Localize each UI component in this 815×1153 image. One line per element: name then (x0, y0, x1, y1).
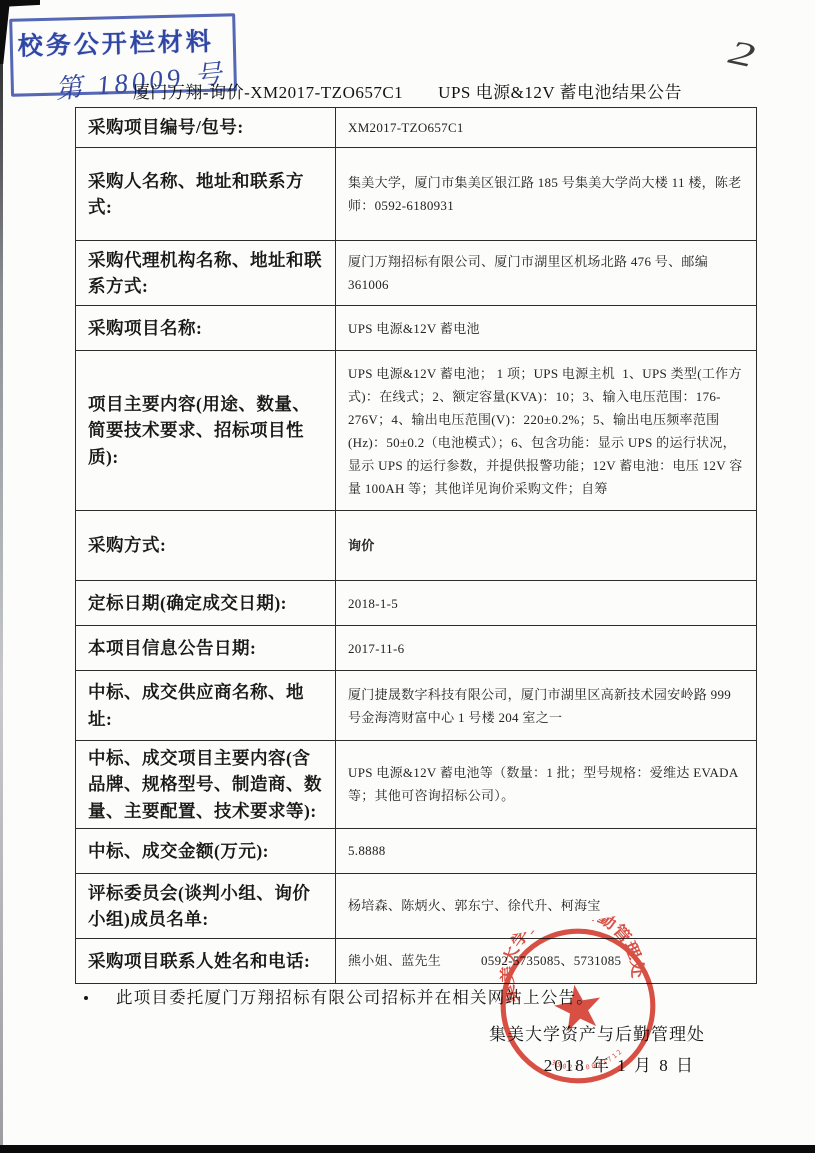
signature-office: 集美大学资产与后勤管理处 (455, 1020, 705, 1045)
row-value: 厦门万翔招标有限公司、厦门市湖里区机场北路 476 号、邮编 361006 (336, 241, 757, 306)
row-value: 集美大学，厦门市集美区银江路 185 号集美大学尚大楼 11 楼，陈老师：059… (336, 148, 757, 241)
row-label: 中标、成交供应商名称、地址: (76, 671, 336, 741)
row-label: 采购项目编号/包号: (76, 108, 336, 148)
row-label: 采购方式: (76, 511, 336, 581)
row-label: 采购项目联系人姓名和电话: (76, 938, 336, 983)
row-label: 中标、成交项目主要内容(含品牌、规格型号、制造商、数量、主要配置、技术要求等): (76, 741, 336, 829)
row-label: 采购人名称、地址和联系方式: (76, 148, 336, 241)
scan-corner-top-edge (0, 0, 40, 7)
handwritten-page-number: 2 (725, 34, 758, 76)
scan-corner-top-left (0, 0, 10, 64)
row-label: 中标、成交金额(万元): (76, 828, 336, 873)
table-row: 定标日期(确定成交日期):2018-1-5 (76, 581, 757, 626)
procurement-table: 采购项目编号/包号:XM2017-TZO657C1采购人名称、地址和联系方式:集… (75, 107, 757, 984)
table-row: 项目主要内容(用途、数量、简要技术要求、招标项目性质):UPS 电源&12V 蓄… (76, 351, 757, 511)
signature-date: 2018 年 1 月 8 日 (455, 1051, 695, 1076)
procurement-table-body: 采购项目编号/包号:XM2017-TZO657C1采购人名称、地址和联系方式:集… (76, 108, 757, 984)
table-row: 采购代理机构名称、地址和联系方式:厦门万翔招标有限公司、厦门市湖里区机场北路 4… (76, 241, 757, 306)
bullet-dot (84, 996, 88, 1000)
table-row: 中标、成交供应商名称、地址:厦门捷晟数字科技有限公司，厦门市湖里区高新技术园安岭… (76, 671, 757, 741)
table-row: 采购项目编号/包号:XM2017-TZO657C1 (76, 108, 757, 148)
row-value: XM2017-TZO657C1 (336, 108, 757, 148)
table-row: 评标委员会(谈判小组、询价小组)成员名单:杨培森、陈炳火、郭东宁、徐代升、柯海宝 (76, 873, 757, 938)
row-value: UPS 电源&12V 蓄电池等（数量：1 批；型号规格：爱维达 EVADA 等；… (336, 741, 757, 829)
row-label: 采购代理机构名称、地址和联系方式: (76, 241, 336, 306)
page-title: 厦门万翔-询价-XM2017-TZO657C1 UPS 电源&12V 蓄电池结果… (0, 78, 815, 103)
row-label: 评标委员会(谈判小组、询价小组)成员名单: (76, 873, 336, 938)
signature-block: 集美大学资产与后勤管理处 2018 年 1 月 8 日 (455, 1020, 705, 1076)
table-row: 本项目信息公告日期:2017-11-6 (76, 626, 757, 671)
scan-edge-left (0, 0, 3, 1153)
row-value: 2017-11-6 (336, 626, 757, 671)
scan-edge-bottom (0, 1145, 815, 1153)
row-value: UPS 电源&12V 蓄电池 (336, 306, 757, 351)
row-label: 定标日期(确定成交日期): (76, 581, 336, 626)
row-value: 厦门捷晟数字科技有限公司，厦门市湖里区高新技术园安岭路 999 号金海湾财富中心… (336, 671, 757, 741)
table-row: 采购方式:询价 (76, 511, 757, 581)
row-label: 采购项目名称: (76, 306, 336, 351)
table-row: 中标、成交项目主要内容(含品牌、规格型号、制造商、数量、主要配置、技术要求等):… (76, 741, 757, 829)
row-value: 熊小姐、蓝先生 0592-5735085、5731085 (336, 938, 757, 983)
footer-note: 此项目委托厦门万翔招标有限公司招标并在相关网站上公告。 (116, 984, 594, 1008)
table-row: 中标、成交金额(万元):5.8888 (76, 828, 757, 873)
row-value: 杨培森、陈炳火、郭东宁、徐代升、柯海宝 (336, 873, 757, 938)
scanned-document-page: { "artifacts": { "handwritten_page_numbe… (0, 0, 815, 1153)
table-row: 采购项目名称:UPS 电源&12V 蓄电池 (76, 306, 757, 351)
row-value: 5.8888 (336, 828, 757, 873)
row-value: 2018-1-5 (336, 581, 757, 626)
table-row: 采购项目联系人姓名和电话:熊小姐、蓝先生 0592-5735085、573108… (76, 938, 757, 983)
row-value: UPS 电源&12V 蓄电池； 1 项；UPS 电源主机 1、UPS 类型(工作… (336, 351, 757, 511)
table-row: 采购人名称、地址和联系方式:集美大学，厦门市集美区银江路 185 号集美大学尚大… (76, 148, 757, 241)
row-value: 询价 (336, 511, 757, 581)
row-label: 本项目信息公告日期: (76, 626, 336, 671)
row-label: 项目主要内容(用途、数量、简要技术要求、招标项目性质): (76, 351, 336, 511)
